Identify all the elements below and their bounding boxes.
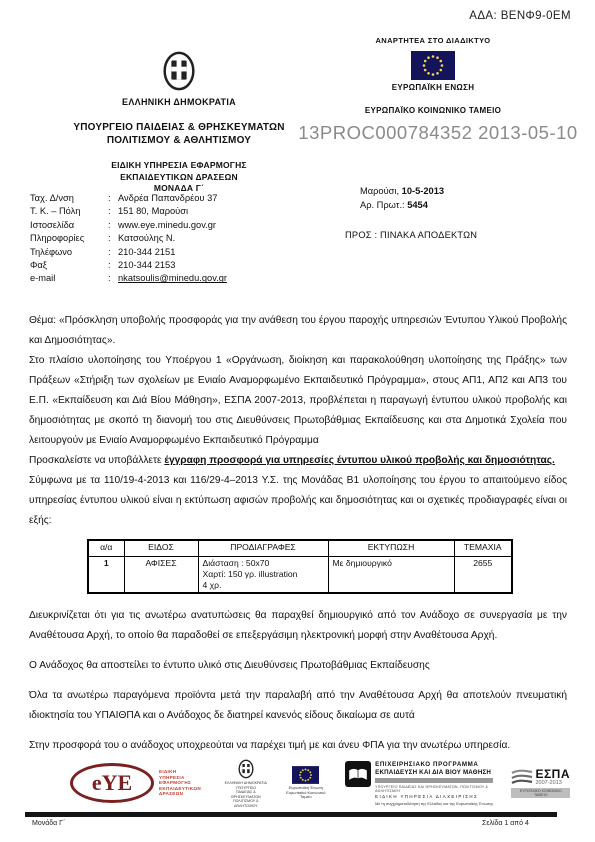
- contact-row: e-mail:nkatsoulis@minedu.gov.gr: [30, 272, 300, 285]
- footer-bar: [25, 812, 557, 817]
- table-cell-ektiposi: Με δημιουργικό: [328, 557, 454, 594]
- subject-line: Θέμα: «Πρόσκληση υποβολής προσφοράς για …: [29, 311, 567, 351]
- emblem-caption: ΕΛΛΗΝΙΚΗ ΔΗΜΟΚΡΑΤΙΑ ΥΠΟΥΡΓΕΙΟ ΠΑΙΔΕΙΑΣ &…: [223, 758, 268, 808]
- eye-logo: eYE ΕΙΔΙΚΗ ΥΠΗΡΕΣΙΑ ΕΦΑΡΜΟΓΗΣ ΕΚΠΑΙΔΕΥΤΙ…: [70, 763, 201, 803]
- eye-logo-caption: ΕΙΔΙΚΗ ΥΠΗΡΕΣΙΑ ΕΦΑΡΜΟΓΗΣ ΕΚΠΑΙΔΕΥΤΙΚΩΝ …: [159, 769, 201, 797]
- table-header-cell: ΠΡΟΔΙΑΓΡΑΦΕΣ: [198, 540, 328, 557]
- contact-block: Ταχ. Δ/νση:Ανδρέα Παπανδρέου 37 Τ. Κ. – …: [30, 192, 300, 286]
- contact-row: Τηλέφωνο:210-344 2151: [30, 246, 300, 259]
- cofinance-line: Με τη συγχρηματοδότηση της Ελλάδας και τ…: [375, 801, 497, 806]
- page-number: Σελίδα 1 από 4: [482, 820, 529, 827]
- eye-logo-oval: eYE: [70, 763, 154, 803]
- eu-fund-label: ΕΥΡΩΠΑΪΚΟ ΚΟΙΝΩΝΙΚΟ ΤΑΜΕΙΟ: [300, 106, 566, 115]
- republic-label: ΕΛΛΗΝΙΚΗ ΔΗΜΟΚΡΑΤΙΑ: [28, 97, 330, 107]
- body-paragraph-5: Όλα τα ανωτέρω παραγόμενα προϊόντα μετά …: [29, 686, 567, 726]
- hellenic-emblem-small-icon: [236, 758, 256, 780]
- table-cell-specs: Διάσταση : 50x70 Χαρτί: 150 γρ. illustra…: [198, 557, 328, 594]
- ep-strip: [375, 778, 493, 783]
- table-cell-temaxia: 2655: [454, 557, 512, 594]
- ministry-title: ΥΠΟΥΡΓΕΙΟ ΠΑΙΔΕΙΑΣ & ΘΡΗΣΚΕΥΜΑΤΩΝ ΠΟΛΙΤΙ…: [28, 121, 330, 147]
- ada-line: ΑΔΑ: ΒΕΝΦ9-0ΕΜ: [469, 10, 571, 22]
- website-value: www.eye.minedu.gov.gr: [118, 219, 300, 232]
- body-paragraph-6: Στην προσφορά του ο ανάδοχος υποχρεούται…: [29, 736, 567, 756]
- document-body: Θέμα: «Πρόσκληση υποβολής προσφοράς για …: [29, 311, 567, 756]
- contact-row: Τ. Κ. – Πόλη:151 80, Μαρούσι: [30, 205, 300, 218]
- eu-flag-caption: Ευρωπαϊκή Ένωση Ευρωπαϊκό Κοινωνικό Ταμε…: [282, 766, 329, 800]
- invite-line: Προσκαλείστε να υποβάλλετε έγγραφη προσφ…: [29, 451, 567, 471]
- eu-union-label: ΕΥΡΩΠΑΪΚΗ ΕΝΩΣΗ: [300, 83, 566, 92]
- recipient-line: ΠΡΟΣ : ΠΙΝΑΚΑ ΑΠΟΔΕΚΤΩΝ: [345, 230, 477, 240]
- body-paragraph-1: Στο πλαίσιο υλοποίησης του Υποέργου 1 «Ο…: [29, 351, 567, 451]
- contact-row: Ιστοσελίδα:www.eye.minedu.gov.gr: [30, 219, 300, 232]
- open-book-icon: [345, 761, 371, 787]
- hellenic-emblem-icon: [158, 48, 200, 94]
- table-cell-num: 1: [88, 557, 124, 594]
- table-header-cell: ΕΚΤΥΠΩΣΗ: [328, 540, 454, 557]
- table-header-row: α/α ΕΙΔΟΣ ΠΡΟΔΙΑΓΡΑΦΕΣ ΕΚΤΥΠΩΣΗ ΤΕΜΑΧΙΑ: [88, 540, 512, 557]
- specs-table: α/α ΕΙΔΟΣ ΠΡΟΔΙΑΓΡΑΦΕΣ ΕΚΤΥΠΩΣΗ ΤΕΜΑΧΙΑ …: [87, 539, 513, 594]
- ep-logo: ΕΠΙΧΕΙΡΗΣΙΑΚΟ ΠΡΟΓΡΑΜΜΑ ΕΚΠΑΙΔΕΥΣΗ ΚΑΙ Δ…: [345, 761, 497, 806]
- table-cell-eidos: ΑΦΙΣΕΣ: [124, 557, 198, 594]
- eu-flag-icon: [411, 51, 455, 80]
- contact-row: Πληροφορίες:Κατσούλης Ν.: [30, 232, 300, 245]
- eu-flag-small-icon: [292, 766, 319, 784]
- unit-label: Μονάδα Γ΄: [32, 820, 65, 827]
- espa-logo: ΕΣΠΑ 2007-2013 ΕΥΡΩΠΑΪΚΟ ΚΟΙΝΩΝΙΚΟ ΤΑΜΕΙ…: [511, 768, 570, 798]
- protocol-line: Αρ. Πρωτ.: 5454: [360, 200, 428, 210]
- table-header-cell: ΤΕΜΑΧΙΑ: [454, 540, 512, 557]
- table-header-cell: α/α: [88, 540, 124, 557]
- invite-underlined-text: έγγραφη προσφορά για υπηρεσίες έντυπου υ…: [164, 455, 555, 466]
- email-link[interactable]: nkatsoulis@minedu.gov.gr: [118, 272, 300, 285]
- body-paragraph-3: Διευκρινίζεται ότι για τις ανωτέρω ανατυ…: [29, 606, 567, 646]
- espa-waves-icon: [511, 769, 533, 785]
- date-line: Μαρούσι, 10-5-2013: [360, 186, 444, 196]
- posted-online-label: ΑΝΑΡΤΗΤΕΑ ΣΤΟ ΔΙΑΔΙΚΤΥΟ: [300, 36, 566, 45]
- table-row: 1 ΑΦΙΣΕΣ Διάσταση : 50x70 Χαρτί: 150 γρ.…: [88, 557, 512, 594]
- document-page: ΑΔΑ: ΒΕΝΦ9-0ΕΜ ΑΝΑΡΤΗΤΕΑ ΣΤΟ ΔΙΑΔΙΚΤΥΟ Ε…: [0, 0, 595, 842]
- service-unit: ΕΙΔΙΚΗ ΥΠΗΡΕΣΙΑ ΕΦΑΡΜΟΓΗΣ ΕΚΠΑΙΔΕΥΤΙΚΩΝ …: [28, 160, 330, 195]
- contact-row: Φαξ:210-344 2153: [30, 259, 300, 272]
- contact-row: Ταχ. Δ/νση:Ανδρέα Παπανδρέου 37: [30, 192, 300, 205]
- footer-logos: eYE ΕΙΔΙΚΗ ΥΠΗΡΕΣΙΑ ΕΦΑΡΜΟΓΗΣ ΕΚΠΑΙΔΕΥΤΙ…: [70, 757, 570, 809]
- table-header-cell: ΕΙΔΟΣ: [124, 540, 198, 557]
- body-paragraph-2: Σύμφωνα με τα 110/19-4-2013 και 116/29-4…: [29, 471, 567, 531]
- body-paragraph-4: Ο Ανάδοχος θα αποστείλει το έντυπο υλικό…: [29, 656, 567, 676]
